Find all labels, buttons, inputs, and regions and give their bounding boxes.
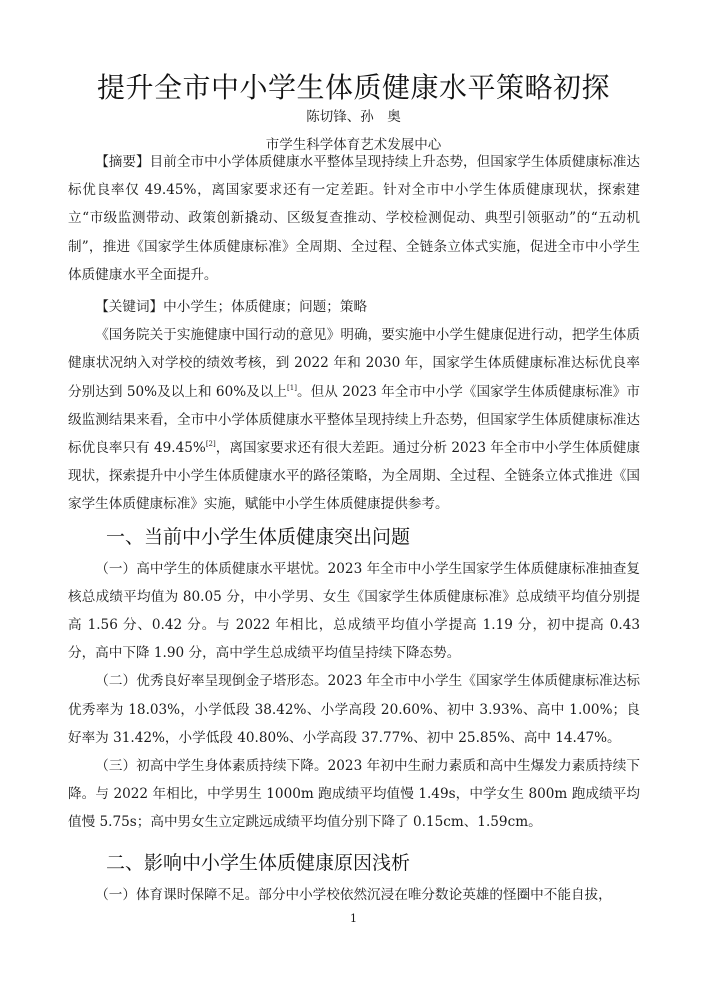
citation-2[interactable]: [2] bbox=[206, 440, 216, 448]
section1-paragraph-3: （三）初高中学生身体素质持续下降。2023 年初中生耐力素质和高中生爆发力素质持… bbox=[68, 752, 640, 837]
section-heading-2: 二、影响中小学生体质健康原因浅析 bbox=[68, 845, 640, 881]
section1-paragraph-1: （一）高中学生的体质健康水平堪忧。2023 年全市中小学生国家学生体质健康标准抽… bbox=[68, 555, 640, 668]
keywords: 【关键词】中小学生；体质健康；问题；策略 bbox=[68, 293, 640, 321]
intro-paragraph: 《国务院关于实施健康中国行动的意见》明确，要实施中小学生健康促进行动，把学生体质… bbox=[68, 321, 640, 518]
page-number: 1 bbox=[0, 912, 707, 925]
citation-1[interactable]: [1] bbox=[287, 384, 297, 392]
keywords-label: 【关键词】 bbox=[95, 299, 163, 315]
document-page: 提升全市中小学生体质健康水平策略初探 陈切锋、孙 奥 市学生科学体育艺术发展中心… bbox=[0, 0, 707, 999]
paper-body: 【摘要】目前全市中小学体质健康水平整体呈现持续上升态势，但国家学生体质健康标准达… bbox=[68, 148, 640, 909]
paper-title: 提升全市中小学生体质健康水平策略初探 bbox=[0, 70, 707, 106]
abstract-label: 【摘要】 bbox=[95, 154, 149, 170]
abstract: 【摘要】目前全市中小学体质健康水平整体呈现持续上升态势，但国家学生体质健康标准达… bbox=[68, 148, 640, 289]
section-heading-1: 一、当前中小学生体质健康突出问题 bbox=[68, 519, 640, 555]
paper-authors: 陈切锋、孙 奥 bbox=[0, 107, 707, 127]
section1-paragraph-2: （二）优秀良好率呈现倒金子塔形态。2023 年全市中小学生《国家学生体质健康标准… bbox=[68, 667, 640, 752]
abstract-text: 目前全市中小学体质健康水平整体呈现持续上升态势，但国家学生体质健康标准达标优良率… bbox=[68, 154, 640, 283]
keywords-text: 中小学生；体质健康；问题；策略 bbox=[163, 299, 367, 315]
section2-paragraph-1: （一）体育课时保障不足。部分中小学校依然沉浸在唯分数论英雄的怪圈中不能自拔， bbox=[68, 881, 640, 909]
